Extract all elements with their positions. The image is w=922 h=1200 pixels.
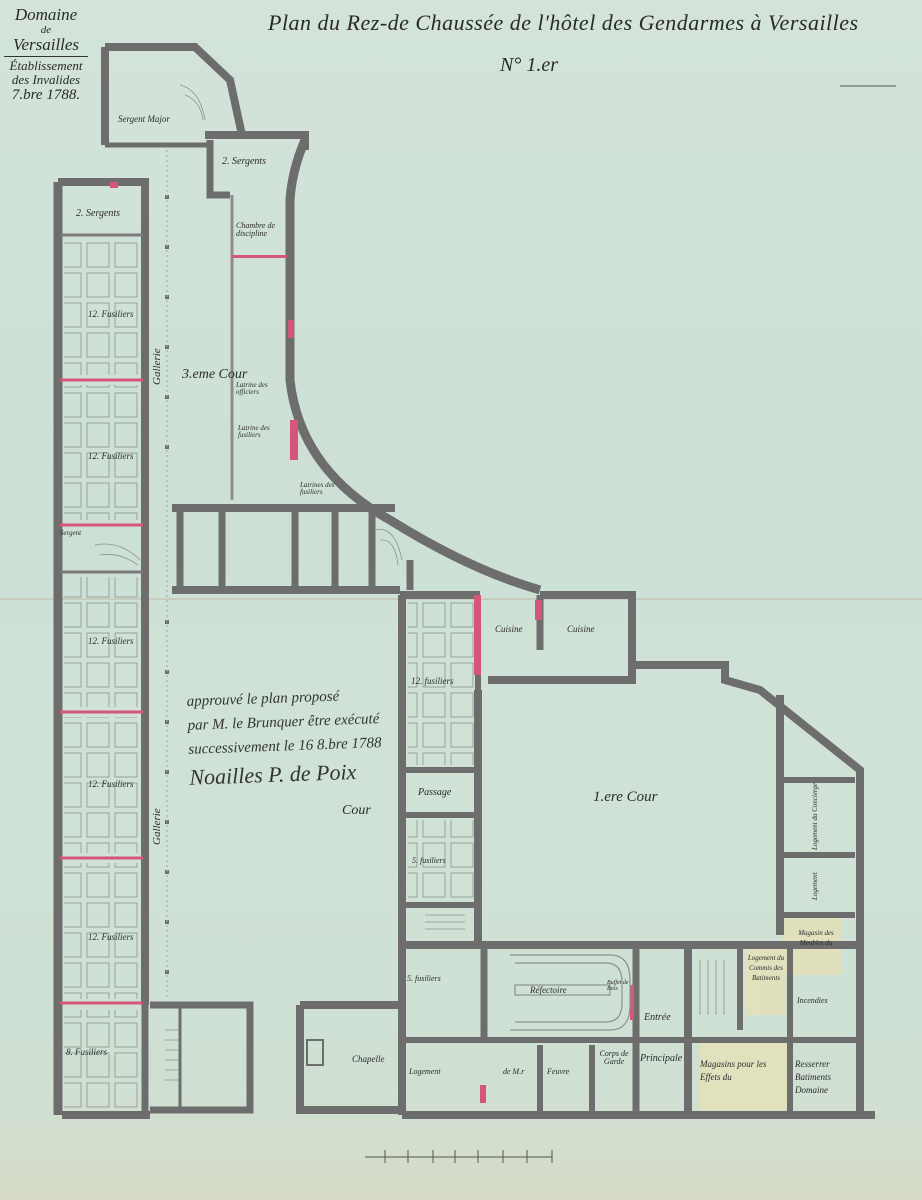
label-entree: Entrée — [644, 1013, 671, 1023]
label-chapelle: Chapelle — [352, 1055, 385, 1064]
label-refectoire: Réfectoire — [530, 986, 567, 995]
label-logement-right: Logement — [812, 872, 819, 900]
label-fusiliers-center: 12. fusiliers — [411, 677, 454, 686]
label-fusiliers-2: 12. Fusiliers — [88, 452, 134, 461]
corner-date: 7.bre 1788. — [4, 87, 88, 103]
label-sergent-major: Sergent Major — [118, 115, 170, 124]
label-incendies: Incendies — [797, 997, 828, 1005]
label-fusiliers-5-center: 5. fusiliers — [412, 857, 446, 865]
label-fusiliers-4: 12. Fusiliers — [88, 780, 134, 789]
label-magasin-meubles: Magasin des Meubles du — [790, 928, 842, 948]
label-magasin-effets: Magasins pour les Effets du — [700, 1058, 788, 1084]
floor-plan — [0, 0, 922, 1200]
label-latrine-fusiliers: Latrine des fusiliers — [238, 425, 286, 439]
label-fusiliers-3: 12. Fusiliers — [88, 637, 134, 646]
corner-line-1: Domaine — [4, 6, 88, 24]
label-corps-garde: Corps de Garde — [597, 1050, 631, 1066]
label-cuisine-2: Cuisine — [567, 625, 595, 634]
label-gallerie-upper: Gallerie — [152, 348, 163, 385]
label-fusiliers-5-lower: 5. fusiliers — [407, 975, 441, 983]
label-logement: Logement — [409, 1068, 441, 1076]
plan-title: Plan du Rez-de Chaussée de l'hôtel des G… — [268, 10, 859, 36]
label-fusiliers-5: 12. Fusiliers — [88, 933, 134, 942]
label-principale: Principale — [640, 1054, 682, 1064]
corner-rule — [4, 56, 88, 57]
refectoire-tables — [510, 955, 630, 1030]
label-latrines-fusiliers: Latrines des fusiliers — [300, 482, 345, 496]
approval-note: approuvé le plan proposé par M. le Brunq… — [186, 682, 409, 790]
label-fusiliers-8: 8. Fusiliers — [66, 1048, 107, 1057]
label-chambre-discipline: Chambre de discipline — [236, 222, 288, 238]
label-fusiliers-1: 12. Fusiliers — [88, 310, 134, 319]
corner-line-3: Versailles — [4, 36, 88, 54]
scale-bar — [365, 1150, 552, 1163]
label-resserrer: Resserrer Batiments Domaine — [795, 1058, 853, 1097]
label-cuisine-1: Cuisine — [495, 625, 523, 634]
label-gallerie-lower: Gallerie — [152, 808, 163, 845]
label-sergents-left: 2. Sergents — [76, 209, 120, 219]
corner-note: Domaine de Versailles Établissement des … — [4, 6, 88, 103]
label-cour: Cour — [342, 804, 371, 818]
label-de-mr: de M.r — [503, 1068, 524, 1076]
label-feuvre: Feuvre — [547, 1068, 569, 1076]
corner-line-5: des Invalides — [4, 73, 88, 87]
new-wall-marks — [110, 182, 634, 1103]
plan-number: N° 1.er — [500, 54, 558, 77]
label-third-cour: 3.eme Cour — [182, 368, 247, 382]
label-first-cour: 1.ere Cour — [593, 790, 657, 805]
label-latrine-officiers: Latrine des officiers — [236, 382, 288, 396]
label-sergents-top: 2. Sergents — [222, 157, 266, 167]
label-logement-commis: Logement du Commis des Batiments — [746, 953, 786, 983]
label-passage: Passage — [418, 788, 451, 798]
label-logement-concierge: Logement du Concierge — [812, 783, 819, 850]
label-sergent-stair: Sergent — [60, 530, 81, 537]
label-buffet: Buffet de Bois — [607, 980, 631, 992]
corner-line-4: Établissement — [4, 59, 88, 73]
altar — [307, 1040, 323, 1065]
